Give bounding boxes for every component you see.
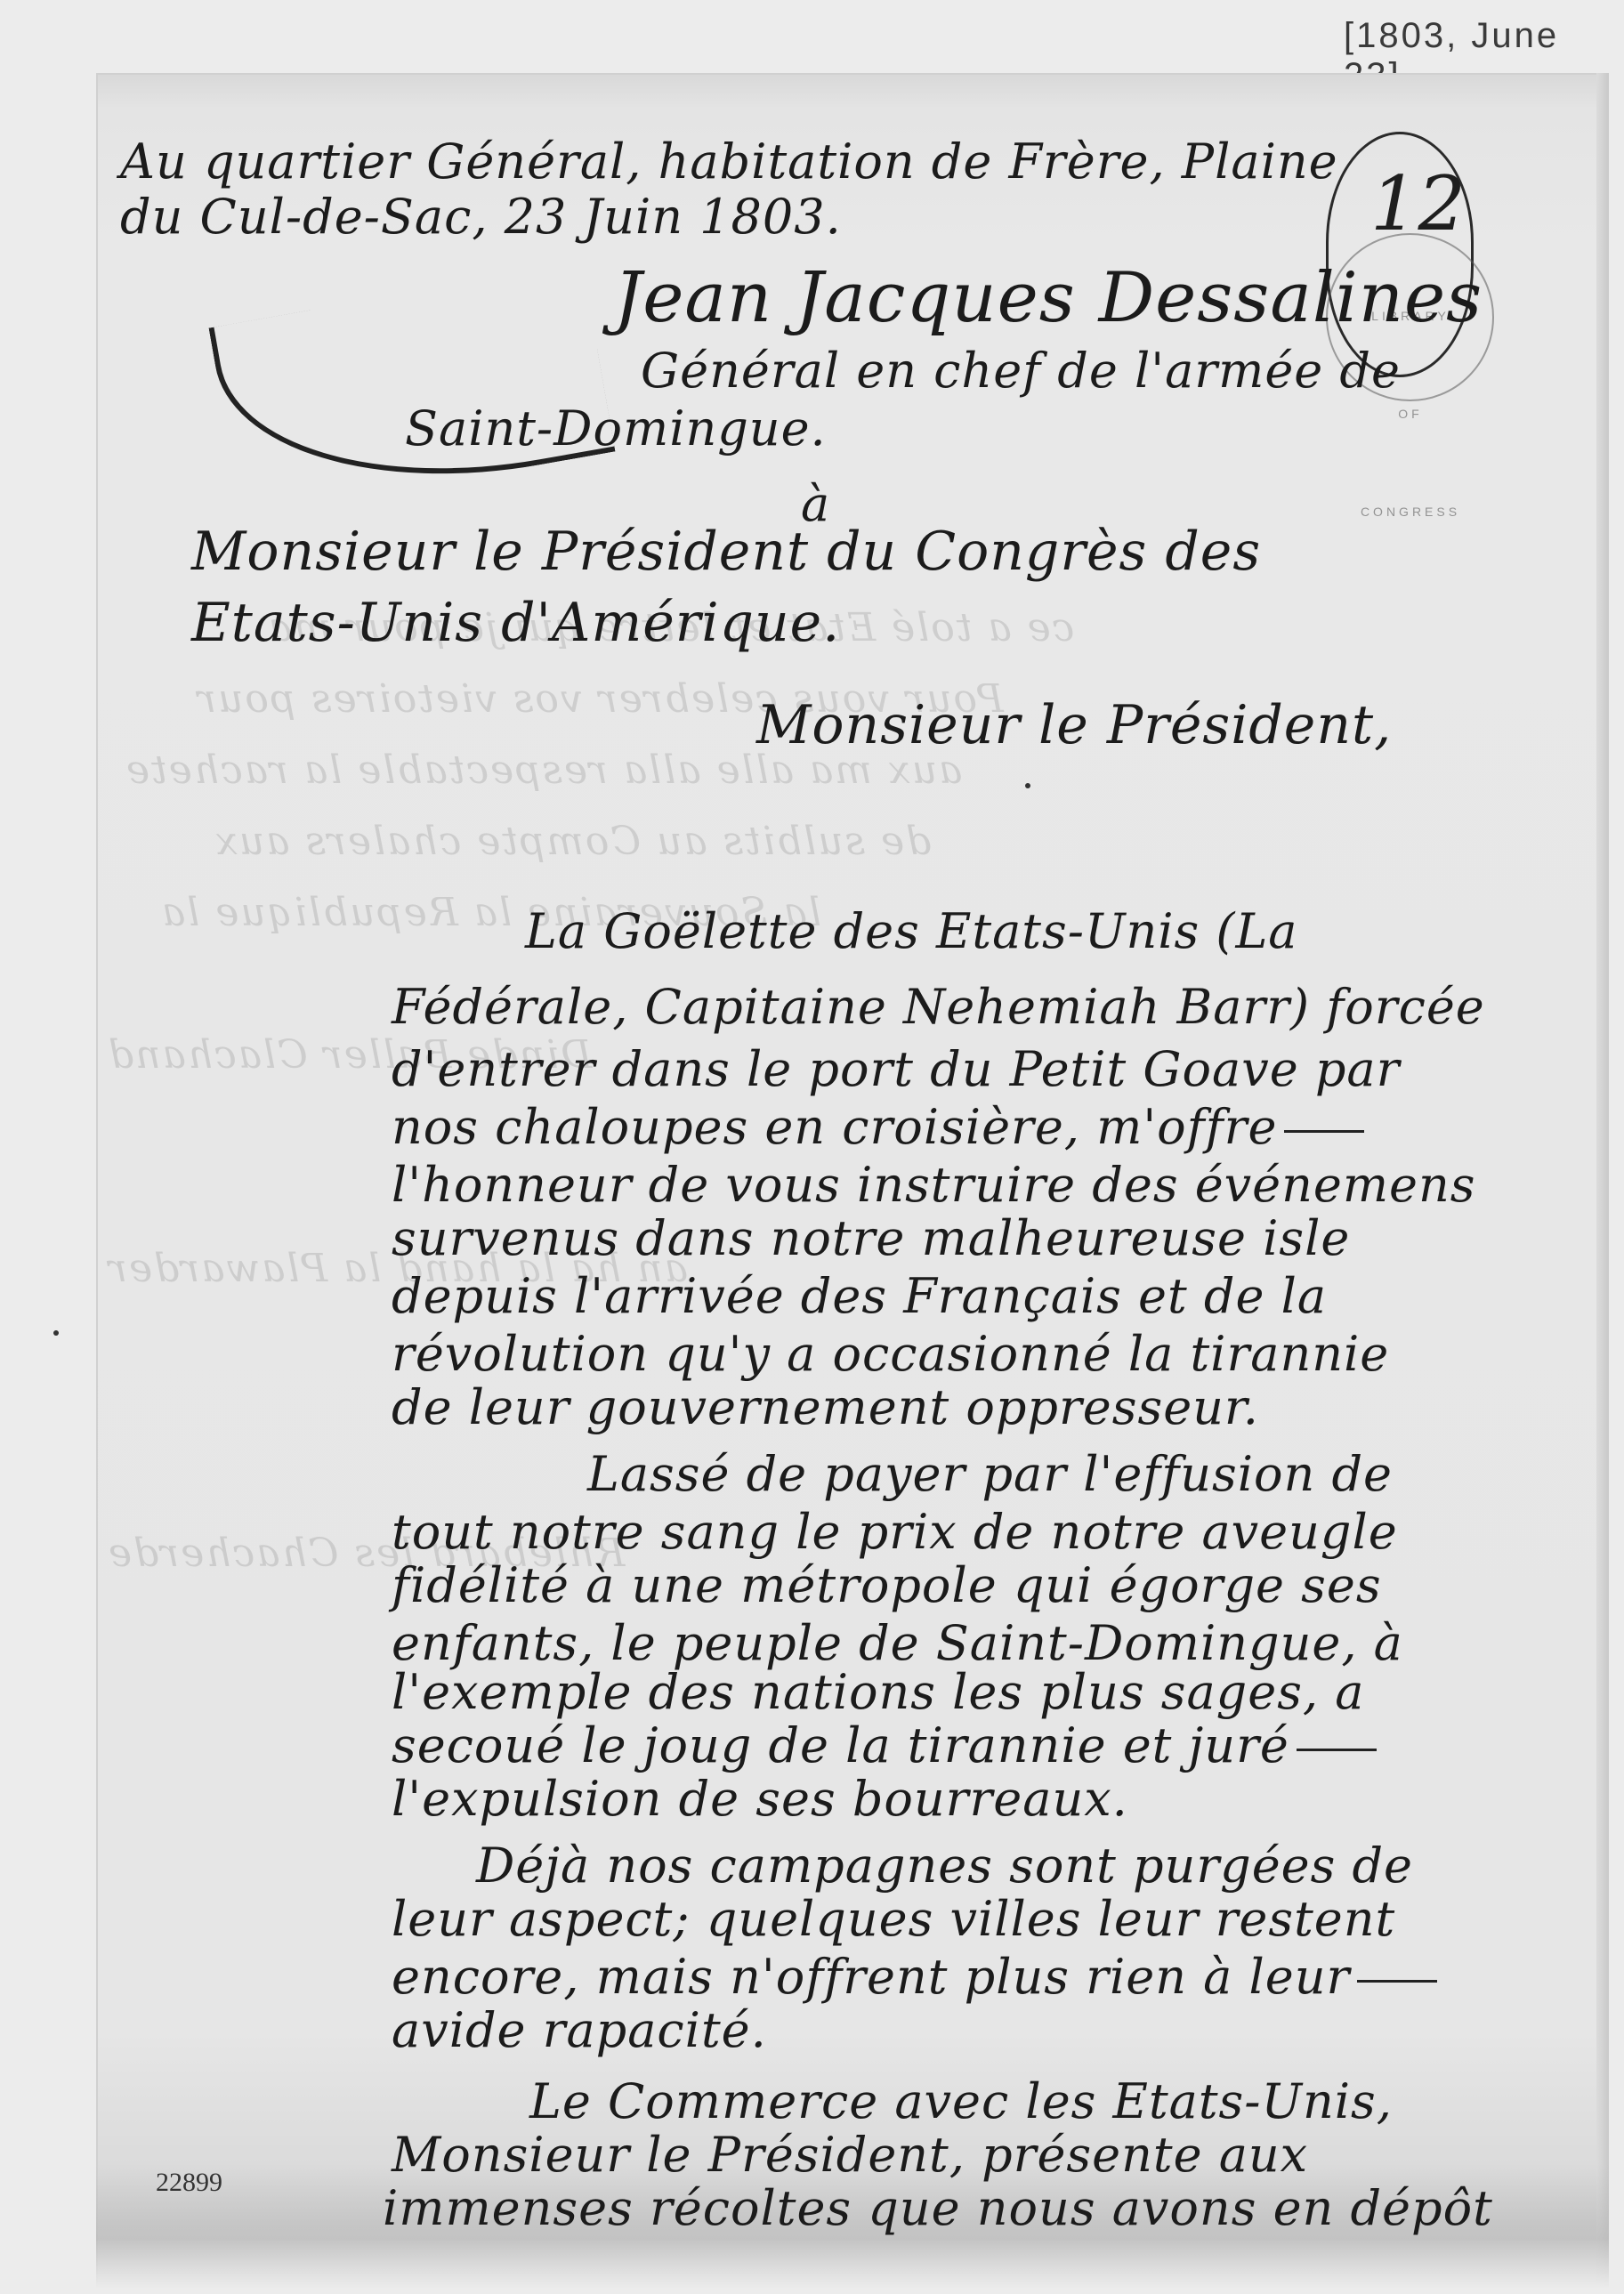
body-line: immenses récoltes que nous avons en dépô… (383, 2180, 1493, 2236)
body-line: encore, mais n'offrent plus rien à leur (392, 1949, 1437, 2005)
body-line: tout notre sang le prix de notre aveugle (392, 1504, 1398, 1560)
body-line: Monsieur le Président, présente aux (392, 2127, 1308, 2183)
ink-mark (53, 1330, 59, 1336)
body-line: fidélité à une métropole qui égorge ses (392, 1557, 1382, 1613)
body-line: enfants, le peuple de Saint-Domingue, à (392, 1615, 1403, 1671)
body-line: l'exemple des nations les plus sages, a (392, 1664, 1364, 1720)
manuscript-number: 22899 (156, 2168, 222, 2198)
sender-title-1: Général en chef de l'armée de (641, 343, 1401, 399)
body-line: survenus dans notre malheureuse isle (392, 1210, 1350, 1266)
body-line: nos chaloupes en croisière, m'offre (392, 1099, 1364, 1155)
body-line: Le Commerce avec les Etats-Unis, (529, 2073, 1393, 2129)
bleed-through-text: de sulbits au Compte chalers aux (214, 819, 931, 864)
body-line: l'expulsion de ses bourreaux. (392, 1771, 1128, 1827)
recipient-line-1: Monsieur le Président du Congrès des (191, 521, 1261, 583)
body-line: avide rapacité. (392, 2002, 767, 2058)
body-line: La Goëlette des Etats-Unis (La (525, 903, 1298, 959)
sender-title-2: Saint-Domingue. (405, 400, 827, 456)
place-date-line-1: Au quartier Général, habitation de Frère… (120, 133, 1338, 190)
body-line: de leur gouvernement oppresseur. (392, 1379, 1259, 1435)
body-line: Lassé de payer par l'effusion de (587, 1446, 1393, 1502)
ink-mark (1025, 783, 1030, 788)
page-edge (1596, 73, 1609, 2289)
recipient-line-2: Etats-Unis d'Amérique. (191, 592, 840, 654)
salutation: Monsieur le Président, (756, 694, 1392, 756)
body-line: Déjà nos campagnes sont purgées de (476, 1838, 1413, 1894)
place-date-line-2: du Cul-de-Sac, 23 Juin 1803. (120, 189, 842, 245)
body-line: d'entrer dans le port du Petit Goave par (392, 1041, 1400, 1097)
body-line: depuis l'arrivée des Français et de la (392, 1268, 1327, 1324)
body-line: leur aspect; quelques villes leur resten… (392, 1891, 1395, 1947)
body-line: secoué le joug de la tirannie et juré (392, 1717, 1377, 1773)
body-line: révolution qu'y a occasionné la tirannie (392, 1326, 1389, 1382)
body-line: Fédérale, Capitaine Nehemiah Barr) forcé… (392, 979, 1485, 1035)
body-line: l'honneur de vous instruire des événemen… (392, 1157, 1476, 1213)
sender-name: Jean Jacques Dessalines (614, 258, 1483, 338)
